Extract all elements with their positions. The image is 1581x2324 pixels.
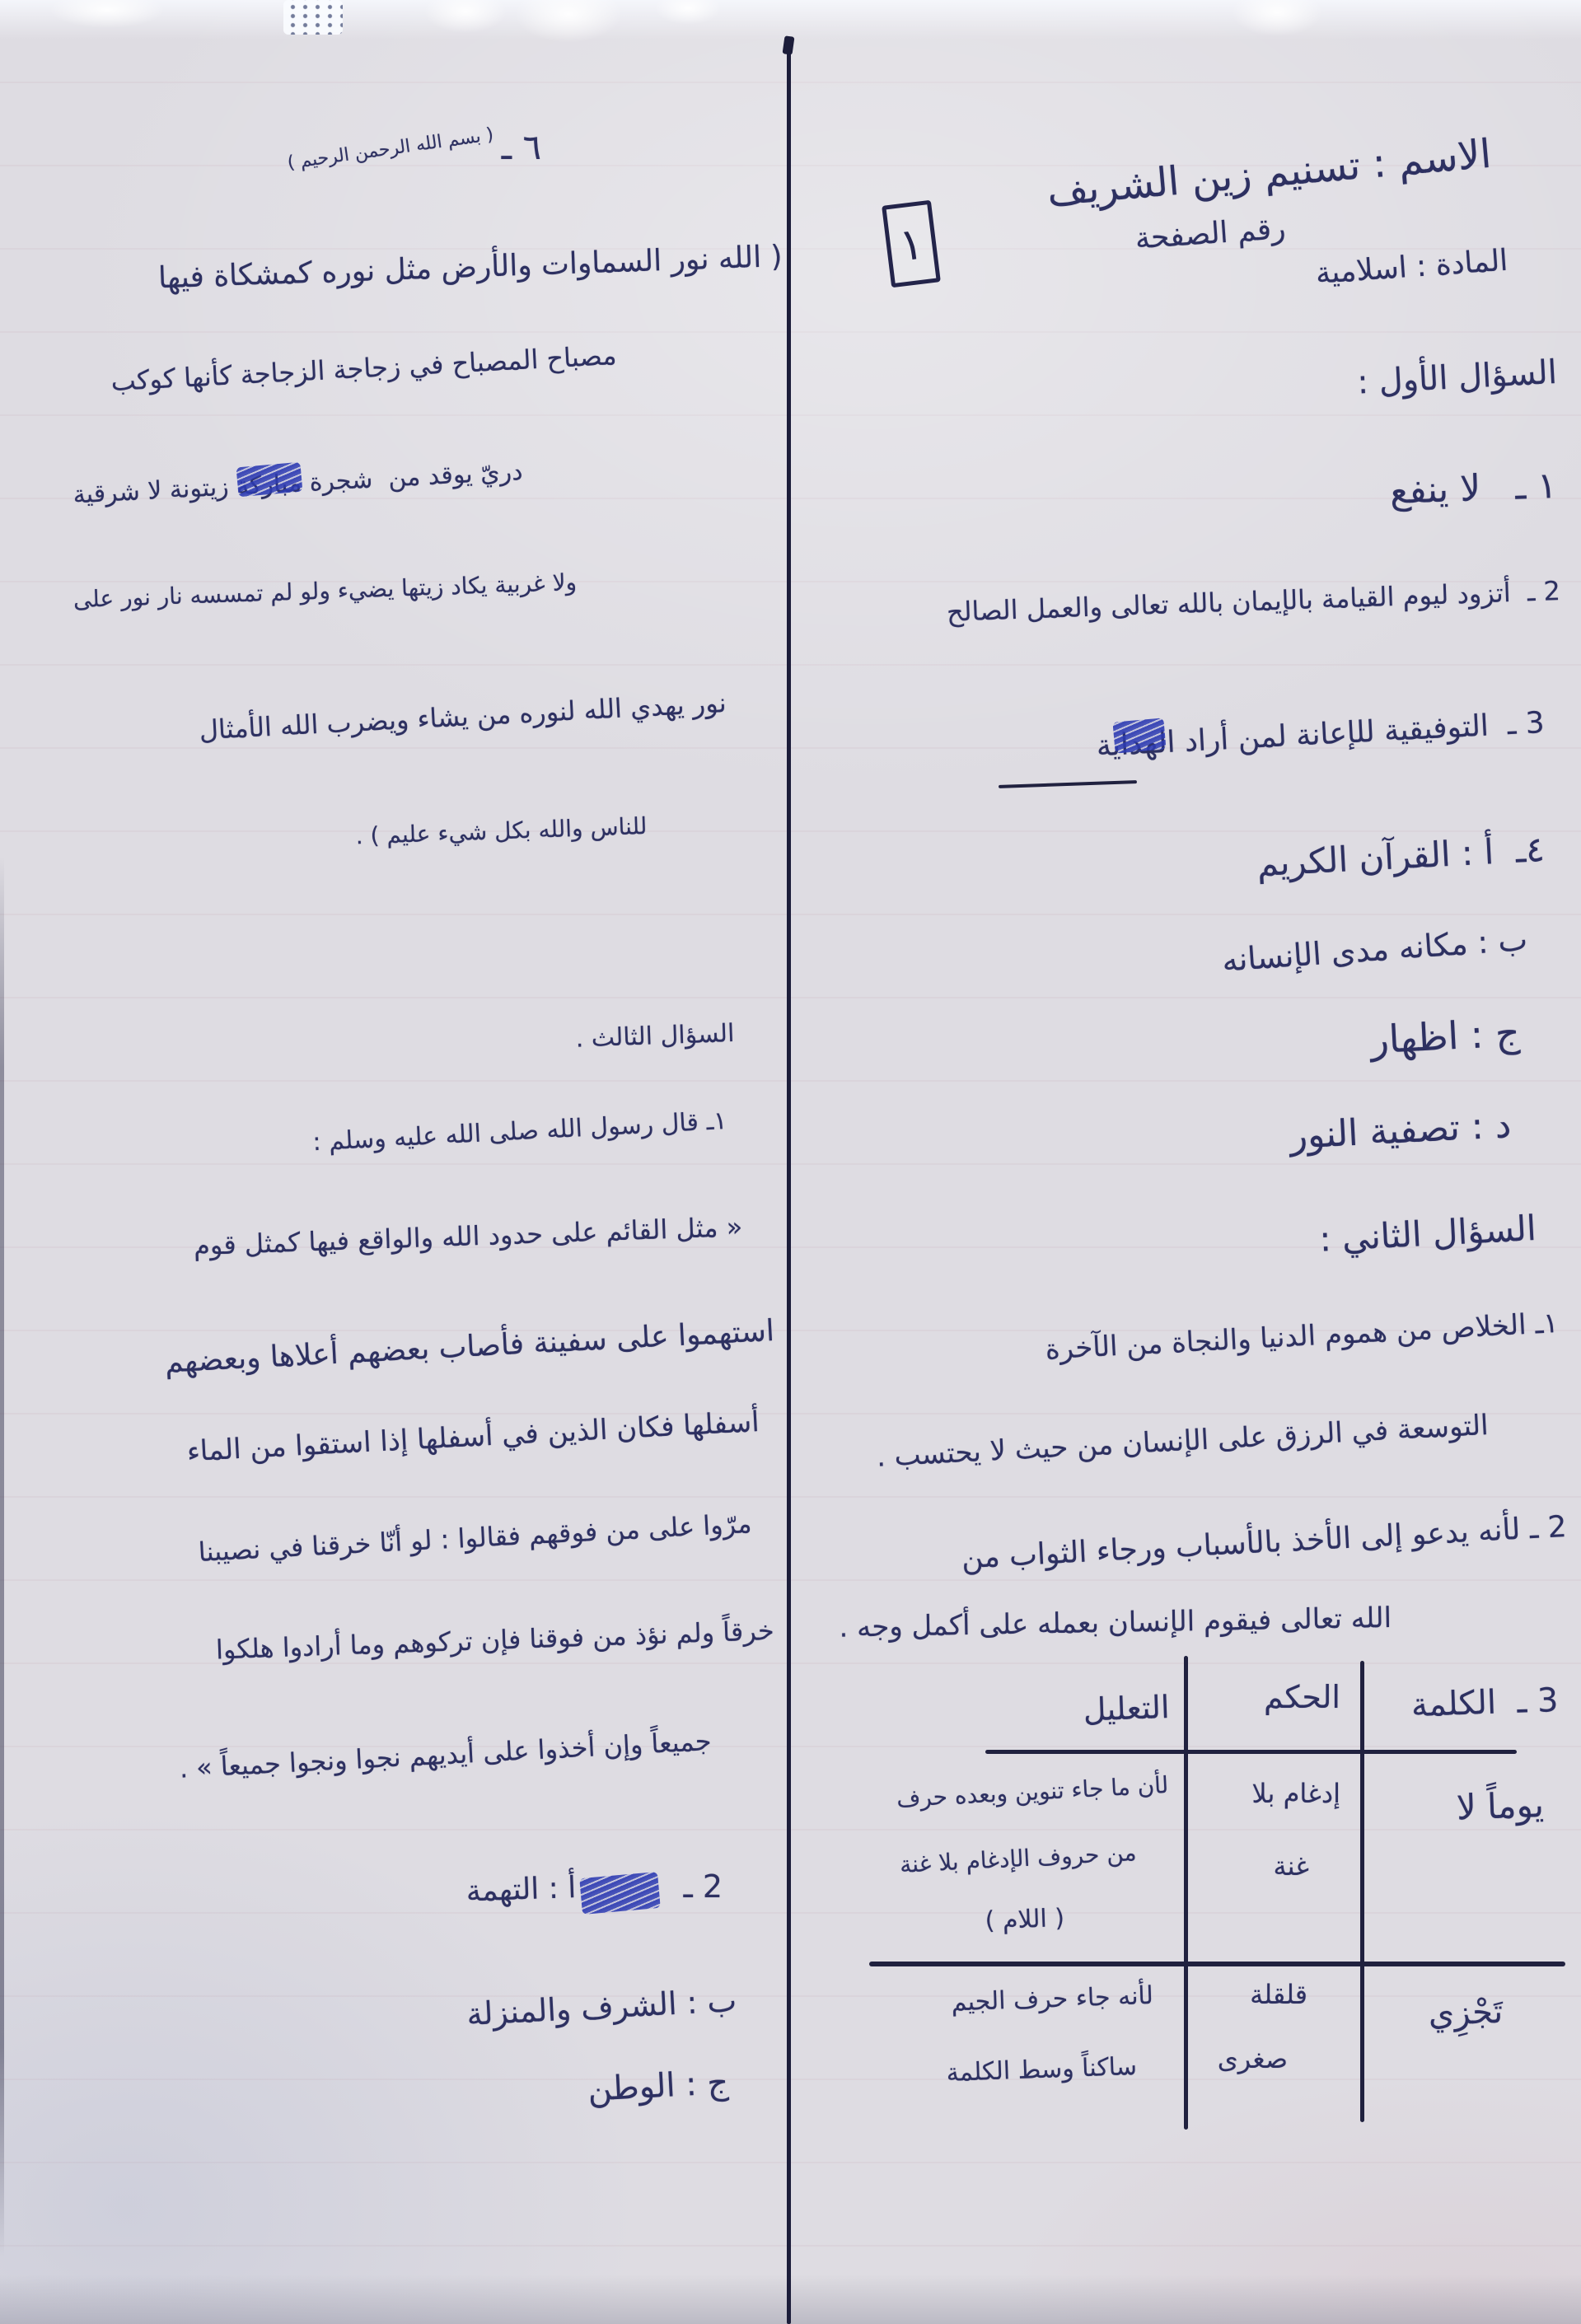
table-row1-word: يوماً لا [1456,1786,1545,1827]
hadith-intro: ١ـ قال رسول الله صلى الله عليه وسلم : [311,1107,727,1156]
q2-answer-2-line1: 2 ـ لأنه يدعو إلى الأخذ بالأسباب ورجاء ا… [961,1511,1568,1575]
question3-heading: السؤال الثالث . [575,1020,735,1053]
hadith-line-3: أسفلها فكان الذين في أسفلها إذا استقوا م… [186,1407,760,1468]
crossed-out-word [579,1872,660,1915]
q3-answer2-b: ب : الشرف والمنزلة [465,1984,737,2032]
table-row1-ruling-line1: إدغام بلا [1251,1779,1340,1808]
scan-glare [515,0,622,43]
q1-answer-4b: ب : مكانه مدى الإنسانه [1221,923,1529,979]
table-row1-reason-line3: ( اللام ) [985,1905,1065,1934]
q1-answer-1: ١ ـ لا ينفع [1389,466,1557,512]
q1-answer-4a: ٤ـ أ : القرآن الكريم [1256,830,1545,883]
page-number-value: ١ [896,217,926,271]
q1-answer-4c: ج : اظهار [1369,1012,1521,1061]
q6-item-number: ٦ ـ [502,129,541,166]
question1-heading: السؤال الأول : [1357,354,1559,401]
q2-answer-1-line2: التوسعة في الرزق على الإنسان من حيث لا ي… [876,1410,1489,1473]
table-row1-reason-line1: لأن ما جاء تنوين وبعده حرف [896,1773,1169,1812]
table-row1-ruling-line2: غنة [1273,1852,1309,1881]
center-fold-line [787,38,791,2324]
center-fold-line-cap [783,35,795,54]
question2-heading: السؤال الثاني : [1318,1209,1537,1259]
table-header-ruling: الحكم [1264,1681,1340,1715]
scan-glare-band [0,0,1581,40]
table-header-reason: التعليل [1083,1690,1170,1728]
q3-answer2-number: 2 ـ [684,1870,723,1905]
scanned-exam-sheet: الاسم : تسنيم زين الشريف المادة : اسلامي… [0,0,1581,2324]
q1-answer-4d: د : تصفية النور [1289,1106,1513,1157]
page-number-box: ١ [882,200,941,288]
table-horizontal-rule-2 [869,1962,1565,1966]
verse-line-1: ( الله نور السماوات والأرض مثل نوره كمشك… [158,241,783,295]
table-row2-reason-line2: ساكناً وسط الكلمة [946,2053,1137,2087]
hadith-line-1: « مثل القائم على حدود الله والواقع فيها … [194,1213,743,1260]
table-horizontal-rule-1 [985,1750,1517,1754]
name-label: الاسم : [1370,131,1493,187]
table-header-word: 3 ـ الكلمة [1411,1682,1560,1723]
crossed-out-word [236,462,303,498]
q2-answer-2-line2: الله تعالى فيقوم الإنسان بعمله على أكمل … [839,1603,1392,1644]
q3-answer2-c: ج : الوطن [587,2064,729,2108]
table-row2-ruling-line2: صغرى [1218,2045,1288,2074]
answer-underline [999,780,1137,788]
verse-line-5: نور يهدي الله لنوره من يشاء ويضرب الله ا… [199,689,727,746]
scan-glare [655,0,721,25]
page-left-edge [0,857,4,2257]
q2-answer-1-line1: ١ـ الخلاص من هموم الدنيا والنجاة من الآخ… [1045,1308,1560,1366]
crossed-out-word [1112,718,1166,753]
table-row2-ruling-line1: قلقلة [1250,1980,1307,2009]
table-row2-reason-line1: لأنه جاء حرف الجيم [951,1982,1153,2017]
table-row2-word: تَجْزِي [1428,1994,1504,2032]
q1-answer-2: 2 ـ أتزود ليوم القيامة بالإيمان بالله تع… [946,577,1560,627]
verse-line-4: ولا غربية يكاد زيتها يضيء ولو لم تمسسه ن… [73,570,577,613]
subject-value: اسلامية [1314,250,1408,291]
verse-line-6: للناس والله بكل شيء عليم ) . [355,814,648,849]
scan-glare [1232,0,1322,36]
scan-glare [49,0,165,28]
table-row1-reason-line2: من حروف الإدغام بلا غنة [900,1840,1138,1878]
q3-answer2-a: أ : التهمة [466,1872,578,1908]
subject-label: المادة : [1415,243,1508,283]
basmala-line: ( بسم الله الرحمن الرحيم ) [286,125,494,174]
hadith-line-5: خرقاً ولم نؤذ من فوقنا فإن تركوهم وما أر… [215,1616,774,1665]
hadith-line-2: استهموا على سفينة فأصاب بعضهم أعلاها وبع… [164,1315,775,1379]
hadith-line-4: مرّوا على من فوقهم فقالوا : لو أنّا خرقن… [198,1509,752,1567]
subject-line: المادة : اسلامية [1312,208,1567,323]
hadith-line-6: جميعاً وإن أخذوا على أيديهم نجوا ونجوا ج… [179,1727,712,1784]
staple-perforation-marks [283,0,343,35]
table-column-divider-left [1184,1656,1188,2130]
scan-glare [424,0,507,33]
table-column-divider-right [1360,1661,1364,2122]
name-value: تسنيم زين الشريف [1045,142,1362,215]
verse-line-2: مصباح المصباح في زجاجة الزجاجة كأنها كوك… [110,341,616,396]
